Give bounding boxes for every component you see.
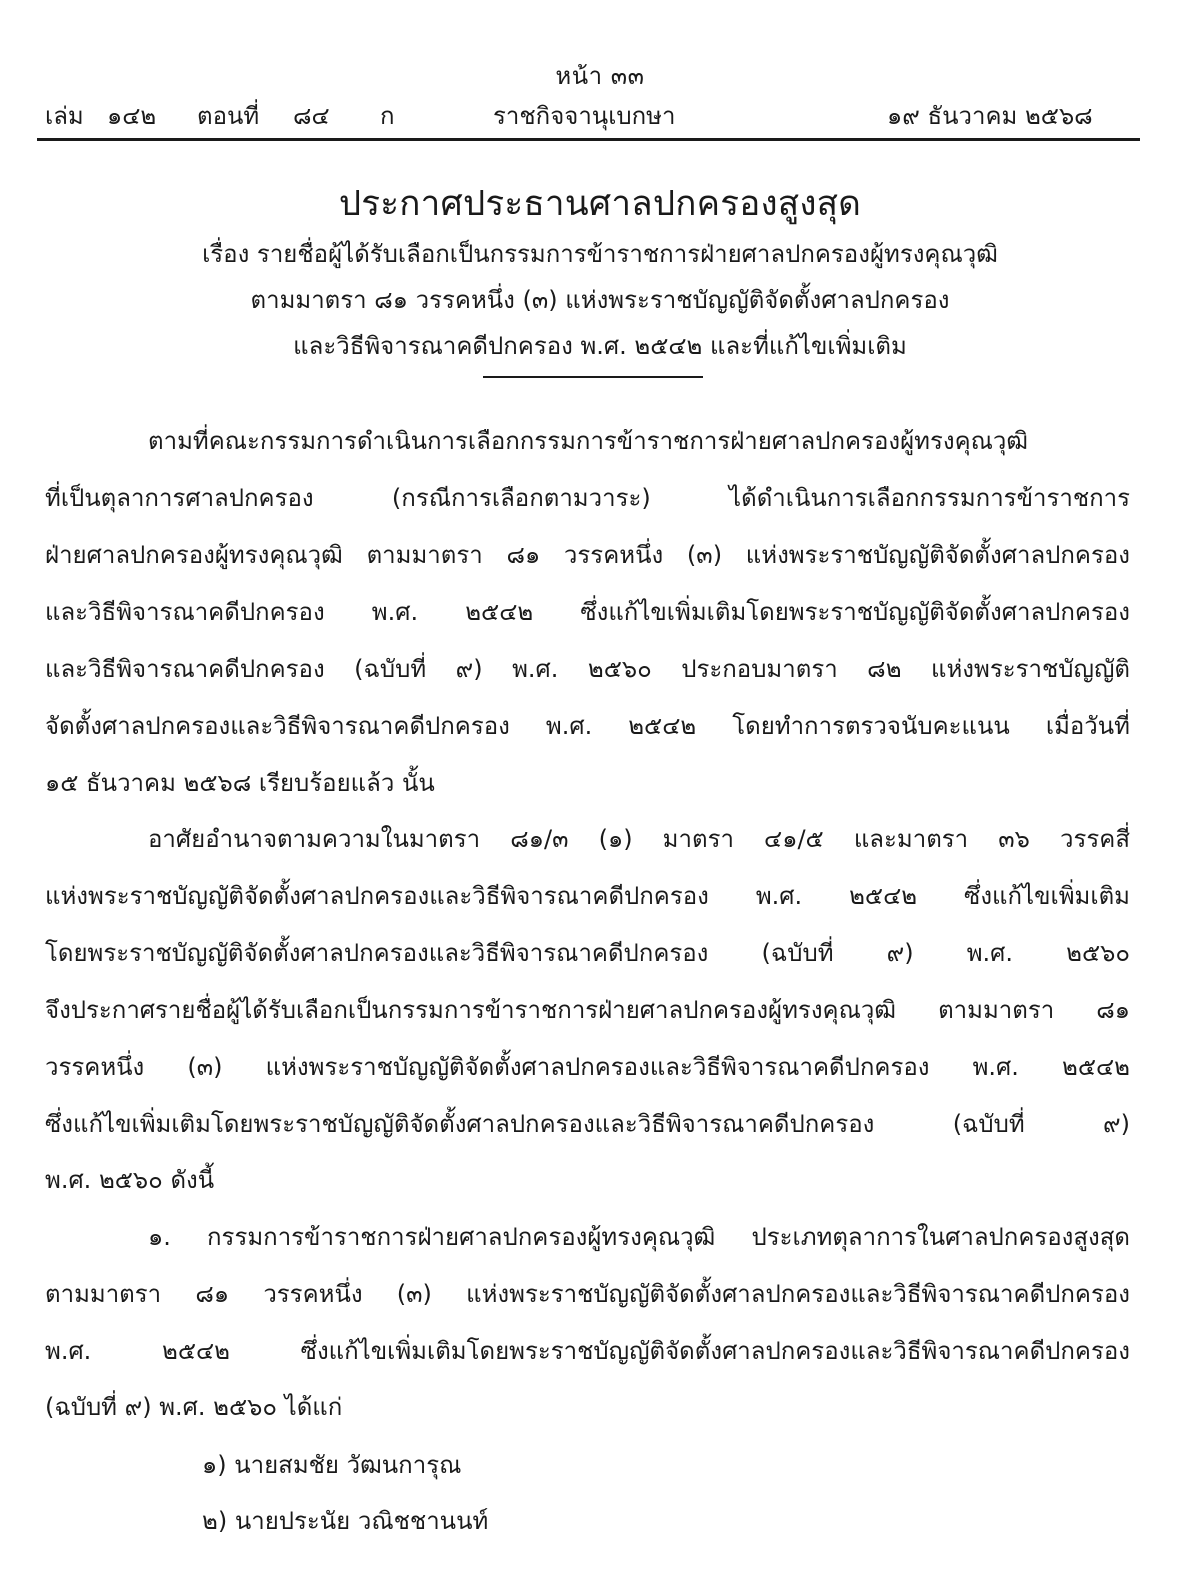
announcement-title: ประกาศประธานศาลปกครองสูงสุด — [0, 176, 1200, 231]
subject-line: ตามมาตรา ๘๑ วรรคหนึ่ง (๓) แห่งพระราชบัญญ… — [0, 280, 1200, 319]
text-line: ตามที่คณะกรรมการดำเนินการเลือกกรรมการข้า… — [148, 424, 1130, 458]
text-line: พ.ศ. ๒๕๔๒ ซึ่งแก้ไขเพิ่มเติมโดยพระราชบัญ… — [45, 1334, 1130, 1368]
text-line: พ.ศ. ๒๕๖๐ ดังนี้ — [45, 1163, 1130, 1197]
volume-number: ๑๔๒ — [107, 96, 156, 135]
text-line: จึงประกาศรายชื่อผู้ได้รับเลือกเป็นกรรมกา… — [45, 993, 1130, 1027]
text-line: วรรคหนึ่ง (๓) แห่งพระราชบัญญัติจัดตั้งศา… — [45, 1050, 1130, 1084]
section-label: ตอนที่ — [197, 96, 259, 135]
gazette-page: หน้า ๓๓ เล่ม ๑๔๒ ตอนที่ ๘๔ ก ราชกิจจานุเ… — [0, 0, 1200, 1577]
subject-line: และวิธีพิจารณาคดีปกครอง พ.ศ. ๒๕๔๒ และที่… — [0, 326, 1200, 365]
text-line: จัดตั้งศาลปกครองและวิธีพิจารณาคดีปกครอง … — [45, 709, 1130, 743]
text-line: ซึ่งแก้ไขเพิ่มเติมโดยพระราชบัญญัติจัดตั้… — [45, 1107, 1130, 1141]
gazette-header: เล่ม ๑๔๒ ตอนที่ ๘๔ ก ราชกิจจานุเบกษา ๑๙ … — [45, 96, 1140, 130]
text-line: แห่งพระราชบัญญัติจัดตั้งศาลปกครองและวิธี… — [45, 879, 1130, 913]
text-line: และวิธีพิจารณาคดีปกครอง พ.ศ. ๒๕๔๒ ซึ่งแก… — [45, 595, 1130, 629]
appointee-name: ๑) นายสมชัย วัฒนการุณ — [202, 1448, 461, 1482]
publication-date: ๑๙ ธันวาคม ๒๕๖๘ — [887, 96, 1093, 135]
text-line: ฝ่ายศาลปกครองผู้ทรงคุณวุฒิ ตามมาตรา ๘๑ ว… — [45, 538, 1130, 572]
text-line: (ฉบับที่ ๙) พ.ศ. ๒๕๖๐ ได้แก่ — [45, 1390, 1130, 1424]
text-line: อาศัยอำนาจตามความในมาตรา ๘๑/๓ (๑) มาตรา … — [148, 822, 1130, 856]
text-line: และวิธีพิจารณาคดีปกครอง (ฉบับที่ ๙) พ.ศ.… — [45, 652, 1130, 686]
text-line: ๑. กรรมการข้าราชการฝ่ายศาลปกครองผู้ทรงคุ… — [148, 1220, 1130, 1254]
page-number: หน้า ๓๓ — [0, 56, 1200, 95]
subject-line: เรื่อง รายชื่อผู้ได้รับเลือกเป็นกรรมการข… — [0, 234, 1200, 273]
title-divider — [483, 376, 703, 378]
volume-label: เล่ม — [45, 96, 84, 135]
section-number: ๘๔ — [293, 96, 330, 135]
text-line: ๑๕ ธันวาคม ๒๕๖๘ เรียบร้อยแล้ว นั้น — [45, 766, 1130, 800]
appointee-name: ๒) นายประนัย วณิชชานนท์ — [202, 1504, 488, 1538]
text-line: โดยพระราชบัญญัติจัดตั้งศาลปกครองและวิธีพ… — [45, 936, 1130, 970]
text-line: ตามมาตรา ๘๑ วรรคหนึ่ง (๓) แห่งพระราชบัญญ… — [45, 1277, 1130, 1311]
section-letter: ก — [380, 96, 395, 135]
publication-name: ราชกิจจานุเบกษา — [493, 96, 675, 135]
header-divider — [37, 138, 1140, 141]
text-line: ที่เป็นตุลาการศาลปกครอง (กรณีการเลือกตาม… — [45, 481, 1130, 515]
